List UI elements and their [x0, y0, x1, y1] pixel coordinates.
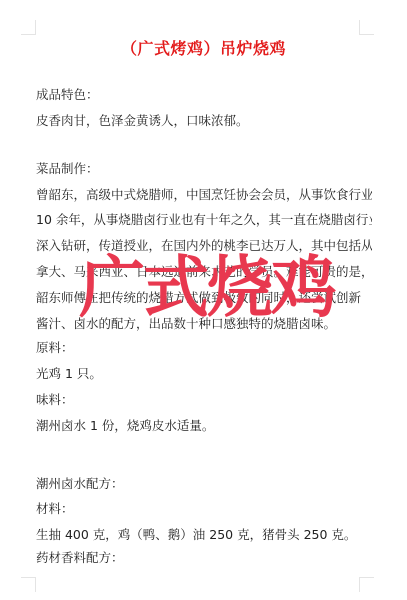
- section-heading-brine-recipe: 潮州卤水配方：: [36, 476, 372, 492]
- page-corner-mark-top-right: [359, 20, 374, 35]
- page-corner-mark-top-left: [21, 20, 36, 35]
- page-corner-mark-bottom-left: [21, 577, 36, 592]
- section-heading-seasoning: 味料：: [36, 392, 372, 408]
- section-heading-ingredients: 原料：: [36, 340, 372, 356]
- document-page: （广式烤鸡）吊炉烧鸡 成品特色： 皮香肉甘，色泽金黄诱人，口味浓郁。 菜品制作：…: [0, 0, 407, 600]
- page-corner-mark-bottom-right: [359, 577, 374, 592]
- section-heading-spice-recipe: 药材香料配方：: [36, 550, 372, 566]
- section-heading-features: 成品特色：: [36, 87, 372, 103]
- ingredients-text: 光鸡 1 只。: [36, 366, 372, 382]
- section-heading-materials: 材料：: [36, 501, 372, 517]
- paragraph-line: 曾韶东，高级中式烧腊师，中国烹饪协会会员，从事饮食行业有: [36, 187, 372, 203]
- paragraph-line: 10 余年，从事烧腊卤行业也有十年之久，其一直在烧腊卤行业: [36, 212, 372, 228]
- watermark-overlay-text: 广式烧鸡: [72, 247, 342, 329]
- materials-text: 生抽 400 克，鸡（鸭、鹅）油 250 克，猪骨头 250 克。: [36, 527, 372, 543]
- section-heading-preparation: 菜品制作：: [36, 161, 372, 177]
- document-title: （广式烤鸡）吊炉烧鸡: [0, 36, 407, 59]
- seasoning-text: 潮州卤水 1 份，烧鸡皮水适量。: [36, 418, 372, 434]
- features-text: 皮香肉甘，色泽金黄诱人，口味浓郁。: [36, 113, 372, 129]
